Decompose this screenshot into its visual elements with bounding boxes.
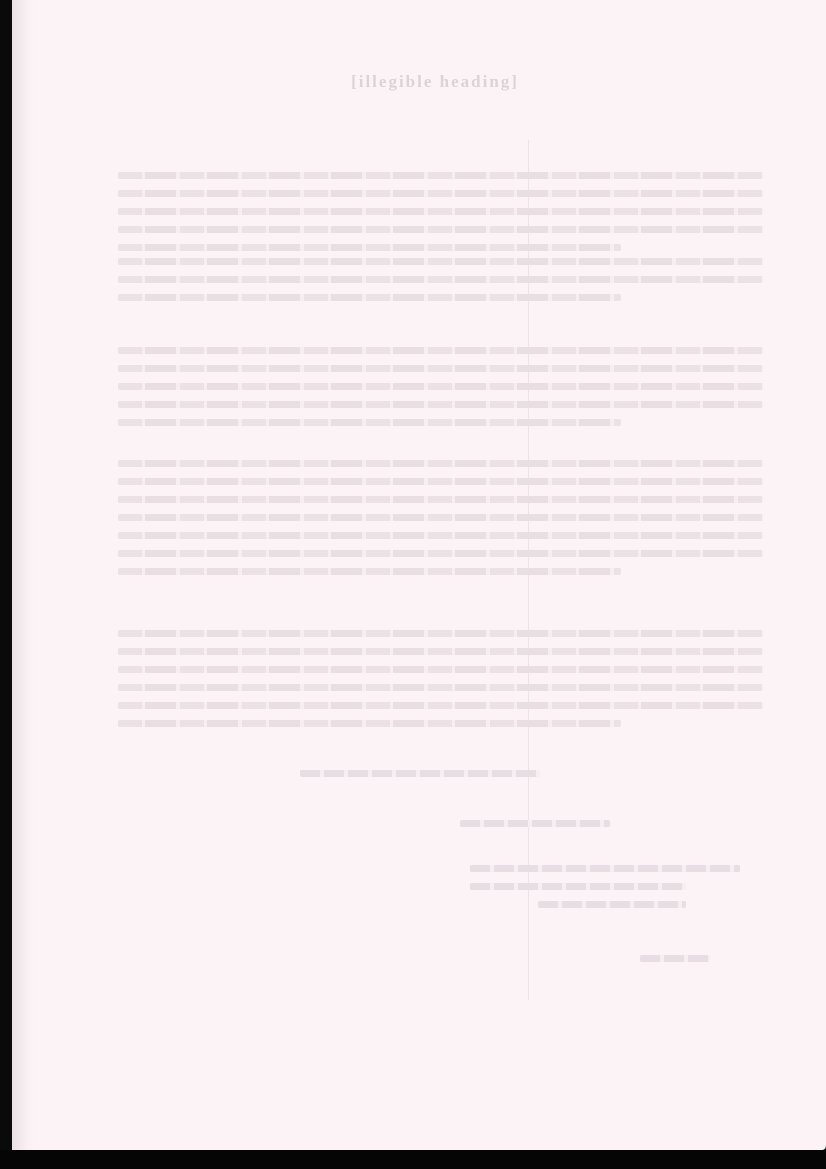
text-line [118,568,621,575]
text-line [118,460,763,467]
paragraph [118,347,763,437]
scan-bottom-border [0,1150,826,1169]
paragraph [118,630,763,738]
text-line [118,684,763,691]
text-line [118,630,763,637]
text-line [118,532,763,539]
paragraph [118,460,763,586]
page-edge-shadow [12,0,34,1150]
text-line [118,172,763,179]
text-line [118,347,763,354]
text-line [118,648,763,655]
text-line [118,244,621,251]
text-line [118,478,763,485]
closing-line [300,770,540,788]
footer-mark [640,955,710,973]
signature-block [470,865,740,919]
document-title: [illegible heading] [330,72,540,90]
text-line [118,496,763,503]
text-line [118,190,763,197]
paragraph [118,172,763,262]
text-line [118,365,763,372]
text-line [118,401,763,408]
text-line [118,226,763,233]
paragraph [118,258,763,312]
text-line [118,383,763,390]
text-line [118,550,763,557]
text-line [118,294,621,301]
date-line [460,820,610,838]
text-line [118,702,763,709]
text-line [118,720,621,727]
text-line [118,276,763,283]
text-line [118,258,763,265]
text-line [118,666,763,673]
text-line [118,419,621,426]
text-line [118,208,763,215]
text-line [118,514,763,521]
